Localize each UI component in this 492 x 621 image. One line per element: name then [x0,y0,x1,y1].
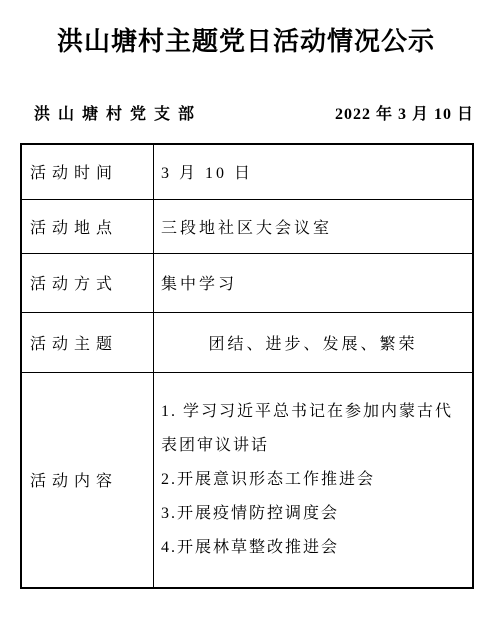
notice-document: 洪山塘村主题党日活动情况公示 洪山塘村党支部 2022 年 3 月 10 日 活… [0,0,492,621]
notice-date: 2022 年 3 月 10 日 [335,101,474,124]
row-value-time: 3 月 10 日 [154,144,474,199]
content-item-1: 1. 学习习近平总书记在参加内蒙古代表团审议讲话 [161,395,470,463]
row-value-method: 集中学习 [154,253,474,312]
activity-table: 活动时间 3 月 10 日 活动地点 三段地社区大会议室 活动方式 集中学习 活… [20,143,474,589]
row-value-place: 三段地社区大会议室 [154,199,474,253]
table-row-place: 活动地点 三段地社区大会议室 [21,199,473,253]
table-row-content: 活动内容 1. 学习习近平总书记在参加内蒙古代表团审议讲话 2.开展意识形态工作… [21,372,473,588]
row-label-content: 活动内容 [21,372,154,588]
row-label-time: 活动时间 [21,144,154,199]
row-value-content: 1. 学习习近平总书记在参加内蒙古代表团审议讲话 2.开展意识形态工作推进会 3… [154,372,474,588]
meta-row: 洪山塘村党支部 2022 年 3 月 10 日 [20,101,474,124]
page-title: 洪山塘村主题党日活动情况公示 [0,25,492,57]
content-item-4: 4.开展林草整改推进会 [161,531,470,565]
row-label-method: 活动方式 [21,253,154,312]
table-row-time: 活动时间 3 月 10 日 [21,144,473,199]
row-label-place: 活动地点 [21,199,154,253]
org-name: 洪山塘村党支部 [34,101,202,124]
row-value-theme: 团结、进步、发展、繁荣 [154,312,474,372]
table-row-theme: 活动主题 团结、进步、发展、繁荣 [21,312,473,372]
table-row-method: 活动方式 集中学习 [21,253,473,312]
content-item-2: 2.开展意识形态工作推进会 [161,463,470,497]
content-item-3: 3.开展疫情防控调度会 [161,497,470,531]
row-label-theme: 活动主题 [21,312,154,372]
